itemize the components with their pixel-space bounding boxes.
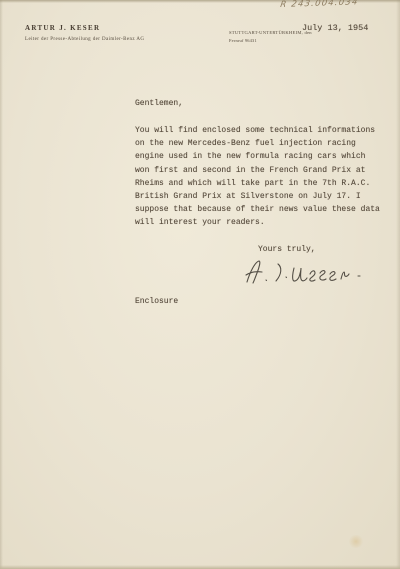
letter-body: You will find enclosed some technical in… <box>135 124 389 230</box>
salutation: Gentlemen, <box>135 99 183 108</box>
body-line: suppose that because of their news value… <box>135 203 389 216</box>
body-line: British Grand Prix at Silverstone on Jul… <box>135 190 389 203</box>
handwritten-signature: A. J. Keser <box>242 255 367 289</box>
handwritten-archive-number: R 243.004.034 <box>280 0 396 10</box>
letterhead-sender-title: Leiter der Presse-Abteilung der Daimler-… <box>25 37 144 42</box>
body-line: engine used in the new formula racing ca… <box>135 150 389 163</box>
closing-phrase: Yours truly, <box>258 245 316 254</box>
typed-date: July 13, 1954 <box>302 23 368 33</box>
body-line: Rheims and which will take part in the 7… <box>135 177 389 190</box>
body-line: on the new Mercedes-Benz fuel injection … <box>135 137 389 150</box>
body-line: will interest your readers. <box>135 216 389 229</box>
scanned-letter-page: R 243.004.034 ARTUR J. KESER Leiter der … <box>0 0 400 569</box>
paper-stain <box>348 535 364 548</box>
letterhead-place-line: STUTTGART-UNTERTÜRKHEIM, den <box>229 30 312 35</box>
letterhead-phone-line: Fernruf 96431 <box>229 38 257 43</box>
body-line: won first and second in the French Grand… <box>135 164 389 177</box>
paper-edge-left <box>0 0 3 569</box>
paper-edge-bottom <box>0 565 400 569</box>
enclosure-note: Enclosure <box>135 297 178 306</box>
letterhead-sender-name: ARTUR J. KESER <box>25 24 100 32</box>
body-line: You will find enclosed some technical in… <box>135 124 389 137</box>
paper-edge-right <box>396 0 400 569</box>
